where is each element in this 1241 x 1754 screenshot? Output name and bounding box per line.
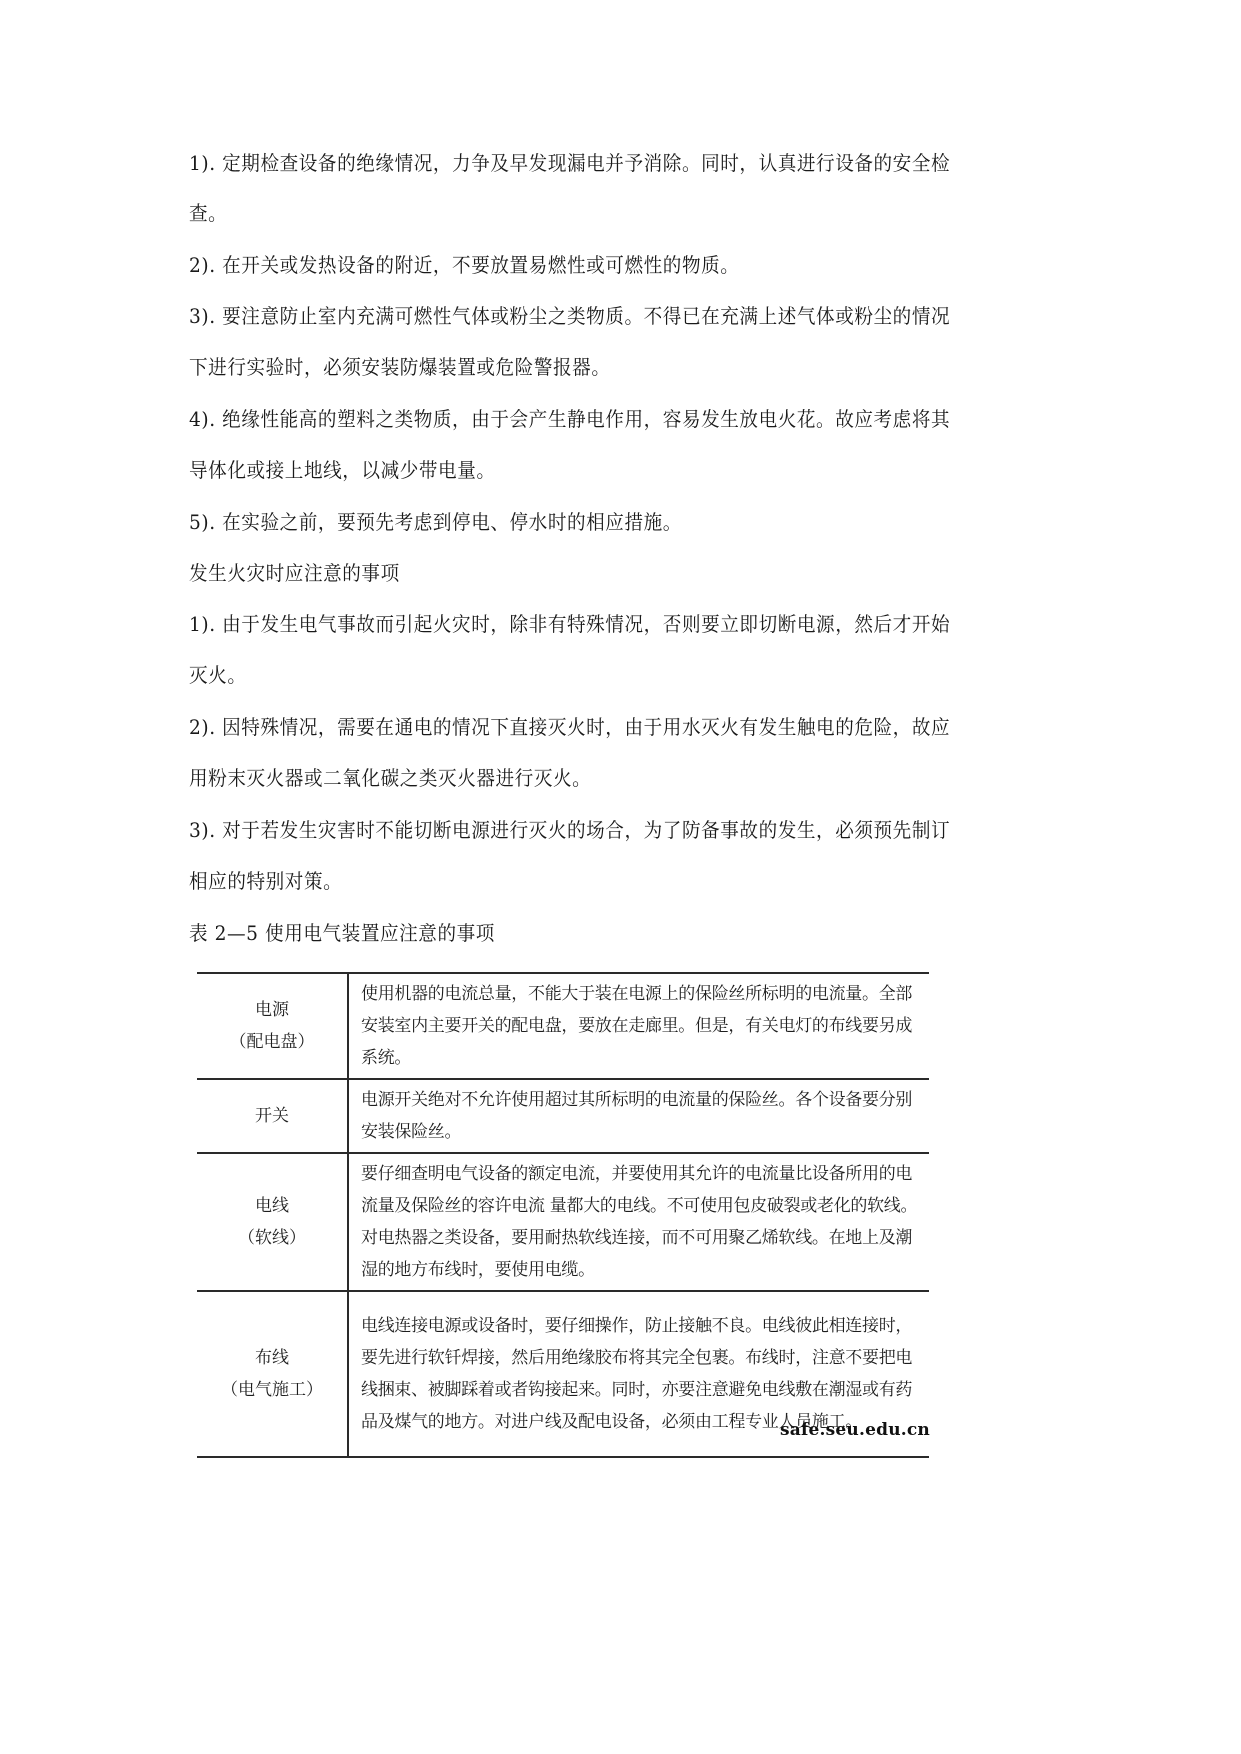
table-caption: 表 2—5 使用电气装置应注意的事项 bbox=[189, 920, 495, 946]
row-label-cell: 开关 bbox=[197, 1079, 348, 1153]
paragraph-prevent-3-line-2: 下进行实验时，必须安装防爆装置或危险警报器。 bbox=[189, 354, 610, 380]
row-label: 开关 bbox=[197, 1100, 347, 1132]
electrical-precautions-table: 电源 （配电盘） 使用机器的电流总量，不能大于装在电源上的保险丝所标明的电流量。… bbox=[197, 972, 929, 1458]
row-description: 要仔细查明电气设备的额定电流，并要使用其允许的电流量比设备所用的电流量及保险丝的… bbox=[348, 1153, 929, 1291]
paragraph-prevent-4-line-2: 导体化或接上地线，以减少带电量。 bbox=[189, 457, 496, 483]
document-page: 1). 定期检查设备的绝缘情况，力争及早发现漏电并予消除。同时，认真进行设备的安… bbox=[0, 0, 1241, 1754]
paragraph-prevent-5: 5). 在实验之前，要预先考虑到停电、停水时的相应措施。 bbox=[189, 509, 682, 535]
row-sublabel: （配电盘） bbox=[197, 1026, 347, 1058]
paragraph-fire-2-line-1: 2). 因特殊情况，需要在通电的情况下直接灭火时，由于用水灭火有发生触电的危险，… bbox=[189, 714, 950, 740]
paragraph-prevent-1-line-2: 查。 bbox=[189, 200, 227, 226]
row-label: 布线 bbox=[197, 1342, 347, 1374]
row-label: 电源 bbox=[197, 994, 347, 1026]
paragraph-fire-1-line-1: 1). 由于发生电气事故而引起火灾时，除非有特殊情况，否则要立即切断电源，然后才… bbox=[189, 611, 950, 637]
row-label-cell: 电源 （配电盘） bbox=[197, 973, 348, 1079]
row-description: 电源开关绝对不允许使用超过其所标明的电流量的保险丝。各个设备要分别安装保险丝。 bbox=[348, 1079, 929, 1153]
paragraph-prevent-2: 2). 在开关或发热设备的附近，不要放置易燃性或可燃性的物质。 bbox=[189, 252, 739, 278]
table-row: 开关 电源开关绝对不允许使用超过其所标明的电流量的保险丝。各个设备要分别安装保险… bbox=[197, 1079, 929, 1153]
row-label-cell: 电线 （软线） bbox=[197, 1153, 348, 1291]
row-description: 使用机器的电流总量，不能大于装在电源上的保险丝所标明的电流量。全部安装室内主要开… bbox=[348, 973, 929, 1079]
paragraph-prevent-4-line-1: 4). 绝缘性能高的塑料之类物质，由于会产生静电作用，容易发生放电火花。故应考虑… bbox=[189, 406, 950, 432]
row-sublabel: （软线） bbox=[197, 1222, 347, 1254]
paragraph-prevent-3-line-1: 3). 要注意防止室内充满可燃性气体或粉尘之类物质。不得已在充满上述气体或粉尘的… bbox=[189, 303, 950, 329]
row-label-cell: 布线 （电气施工） bbox=[197, 1291, 348, 1457]
row-sublabel: （电气施工） bbox=[197, 1374, 347, 1406]
paragraph-fire-2-line-2: 用粉末灭火器或二氧化碳之类灭火器进行灭火。 bbox=[189, 765, 591, 791]
paragraph-fire-3-line-2: 相应的特别对策。 bbox=[189, 868, 342, 894]
paragraph-prevent-1-line-1: 1). 定期检查设备的绝缘情况，力争及早发现漏电并予消除。同时，认真进行设备的安… bbox=[189, 150, 950, 176]
table: 电源 （配电盘） 使用机器的电流总量，不能大于装在电源上的保险丝所标明的电流量。… bbox=[197, 972, 929, 1458]
source-watermark: safe.seu.edu.cn bbox=[780, 1420, 930, 1440]
row-label: 电线 bbox=[197, 1190, 347, 1222]
paragraph-fire-1-line-2: 灭火。 bbox=[189, 662, 246, 688]
section-heading-fire: 发生火灾时应注意的事项 bbox=[189, 560, 400, 586]
table-row: 电线 （软线） 要仔细查明电气设备的额定电流，并要使用其允许的电流量比设备所用的… bbox=[197, 1153, 929, 1291]
table-row: 电源 （配电盘） 使用机器的电流总量，不能大于装在电源上的保险丝所标明的电流量。… bbox=[197, 973, 929, 1079]
paragraph-fire-3-line-1: 3). 对于若发生灾害时不能切断电源进行灭火的场合，为了防备事故的发生，必须预先… bbox=[189, 817, 950, 843]
